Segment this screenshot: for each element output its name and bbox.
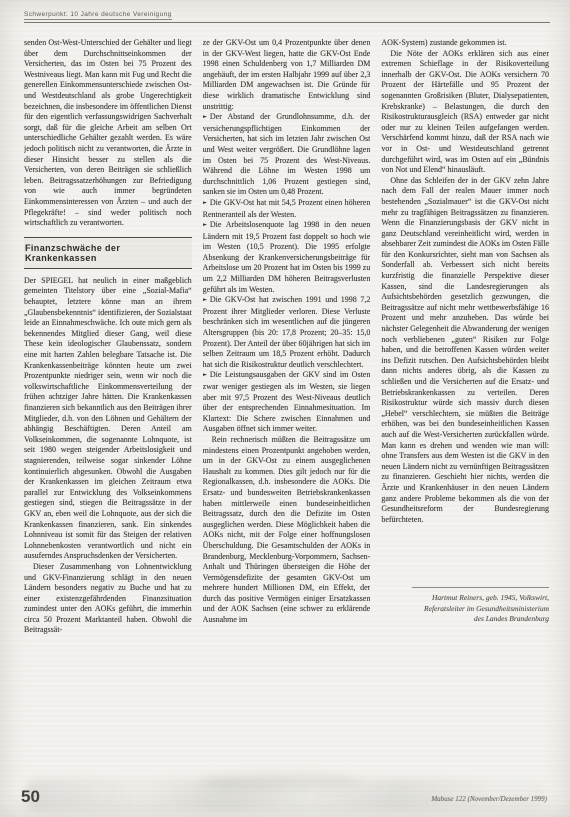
author-bio-line: Referatsleiter im Gesundheitsministerium: [412, 604, 550, 615]
paragraph: AOK-System) zustande gekommen ist.: [381, 38, 549, 49]
bullet-text: Die Leistungsausgaben der GKV sind im Os…: [203, 370, 371, 433]
bullet-triangle-icon: ►: [203, 372, 207, 378]
bullet-item: ►Die GKV-Ost hat zwischen 1991 und 1998 …: [203, 295, 371, 370]
paragraph: Rein rechnerisch müßten die Beitragssätz…: [203, 435, 371, 626]
running-header: Schwerpunkt: 10 Jahre deutsche Vereinigu…: [24, 11, 550, 23]
bullet-triangle-icon: ►: [203, 200, 207, 206]
author-bio: Hartmut Reiners, geb. 1945, Volkswirt, R…: [412, 587, 550, 625]
paragraph: Die Nöte der AOKs erklären sich aus eine…: [381, 49, 549, 176]
bullet-item: ►Der Abstand der Grundlohnsumme, d.h. de…: [203, 112, 371, 198]
author-bio-line: Hartmut Reiners, geb. 1945, Volkswirt,: [412, 593, 550, 604]
journal-footer: Mabuse 122 (November/Dezember 1999): [431, 795, 547, 803]
bullet-text: Die GKV-Ost hat zwischen 1991 und 1998 7…: [203, 295, 371, 369]
article-body: senden Ost-West-Unterschied der Gehälter…: [24, 38, 549, 777]
paragraph: Der SPIEGEL hat neulich in einer maßgebl…: [24, 276, 192, 562]
column-2: ze der GKV-Ost um 0,4 Prozentpunkte über…: [203, 38, 371, 777]
paragraph: Dieser Zusammenhang von Lohnentwicklung …: [24, 562, 192, 636]
scanned-page: Schwerpunkt: 10 Jahre deutsche Vereinigu…: [0, 0, 570, 817]
running-header-label: Schwerpunkt: 10 Jahre deutsche Vereinigu…: [24, 11, 172, 20]
bullet-text: Die GKV-Ost hat mit 54,5 Prozent einen h…: [203, 198, 371, 219]
paragraph: senden Ost-West-Unterschied der Gehälter…: [24, 38, 192, 229]
paragraph: ze der GKV-Ost um 0,4 Prozentpunkte über…: [203, 38, 371, 112]
bullet-item: ►Die GKV-Ost hat mit 54,5 Prozent einen …: [203, 198, 371, 220]
bullet-item: ►Die Arbeitslosenquote lag 1998 in den n…: [203, 220, 371, 295]
column-3: AOK-System) zustande gekommen ist. Die N…: [381, 38, 549, 777]
column-1: senden Ost-West-Unterschied der Gehälter…: [24, 38, 192, 777]
bullet-text: Der Abstand der Grundlohnsumme, d.h. der…: [203, 112, 371, 196]
bullet-triangle-icon: ►: [203, 114, 207, 120]
bullet-text: Die Arbeitslosenquote lag 1998 in den ne…: [203, 220, 371, 294]
bullet-triangle-icon: ►: [203, 297, 207, 303]
section-heading: Finanzschwäche der Krankenkassen: [24, 237, 192, 269]
author-bio-line: des Landes Brandenburg: [412, 614, 550, 625]
paragraph: Ohne das Schleifen der in der GKV zehn J…: [381, 176, 549, 526]
page-number: 50: [21, 787, 40, 807]
bullet-triangle-icon: ►: [203, 222, 207, 228]
bullet-item: ►Die Leistungsausgaben der GKV sind im O…: [203, 370, 371, 435]
